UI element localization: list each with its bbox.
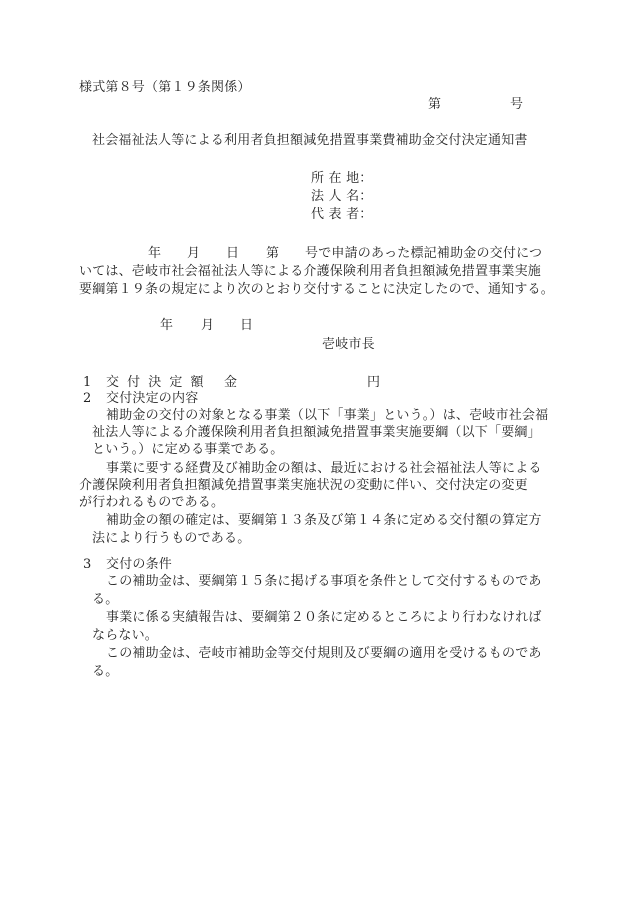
issue-day: 日 (240, 318, 253, 334)
intro-day: 日 (226, 246, 239, 262)
intro-line2: いては、壱岐市社会福祉法人等による介護保険利用者負担額減免措置事業実施 (79, 264, 541, 280)
section1-kin: 金 (224, 375, 237, 391)
form-label: 様式第８号（第１９条関係） (79, 80, 251, 96)
section3-line: 事業に係る実績報告は、要綱第２０条に定めるところにより行わなければ (106, 610, 542, 626)
intro-num-prefix: 第 (266, 246, 279, 262)
section2-heading: 交付決定の内容 (106, 391, 198, 407)
intro-line1: 号で申請のあった標記補助金の交付につ (305, 246, 542, 262)
section2-line: 祉法人等による介護保険利用者負担額減免措置事業実施要綱（以下「要綱」 (92, 425, 541, 441)
address-label: 所 在 地： (311, 171, 372, 187)
section3-line: ならない。 (92, 628, 158, 644)
section3-heading: 交付の条件 (106, 557, 172, 573)
representative-label: 代 表 者： (311, 207, 372, 223)
section2-line: 補助金の額の確定は、要綱第１３条及び第１４条に定める交付額の算定方 (106, 513, 542, 529)
section2-line: が行われるものである。 (79, 495, 224, 511)
section3-line: この補助金は、要綱第１５条に掲げる事項を条件として交付するものであ (106, 574, 542, 590)
section2-line: 補助金の交付の対象となる事業（以下「事業」という。）は、壱岐市社会福 (106, 408, 548, 424)
document-title: 社会福祉法人等による利用者負担額減免措置事業費補助金交付決定通知書 (92, 133, 528, 149)
issuer-name: 壱岐市長 (322, 337, 375, 353)
section1-number: 1 (83, 375, 91, 391)
section2-line: 事業に要する経費及び補助金の額は、最近における社会福祉法人等による (106, 461, 542, 477)
section2-line: という。）に定める事業である。 (92, 442, 284, 458)
intro-year: 年 (148, 246, 161, 262)
section3-line: る。 (92, 664, 118, 680)
doc-number-suffix: 号 (510, 97, 523, 113)
doc-number-prefix: 第 (428, 97, 441, 113)
corp-name-label: 法 人 名： (311, 189, 372, 205)
section1-label: 交 付 決 定 額 (106, 375, 206, 391)
issue-month: 月 (201, 318, 214, 334)
section2-line: 介護保険利用者負担額減免措置事業実施状況の変動に伴い、交付決定の変更 (79, 478, 528, 494)
issue-year: 年 (160, 318, 173, 334)
section2-line: 法により行うものである。 (92, 531, 250, 547)
section2-number: 2 (83, 391, 91, 407)
section3-line: る。 (92, 592, 118, 608)
intro-line3: 要綱第１９条の規定により次のとおり交付することに決定したので、通知する。 (79, 282, 554, 298)
intro-month: 月 (187, 246, 200, 262)
section1-yen: 円 (367, 375, 380, 391)
section3-line: この補助金は、壱岐市補助金等交付規則及び要綱の適用を受けるものであ (106, 646, 542, 662)
section3-number: 3 (83, 557, 91, 573)
